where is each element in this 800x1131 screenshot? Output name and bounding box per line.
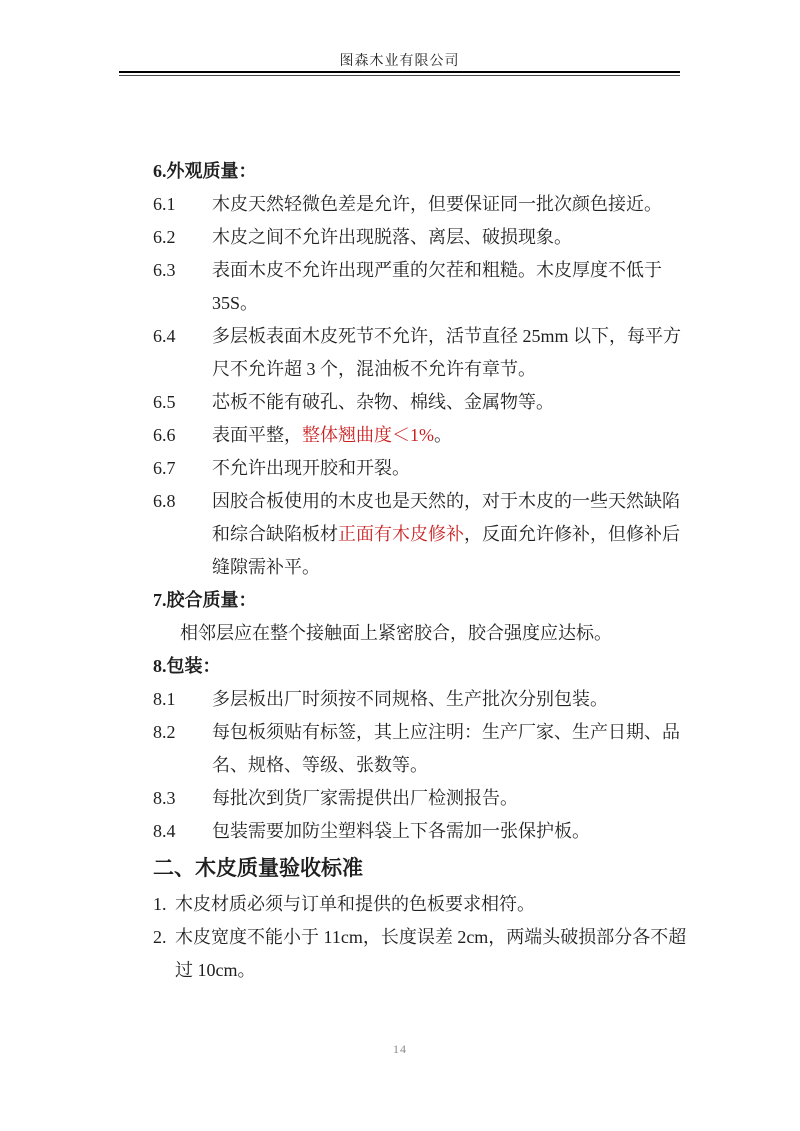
item-text: 表面平整，: [212, 425, 302, 445]
item-8-2: 8.2每包板须贴有标签，其上应注明：生产厂家、生产日期、品名、规格、等级、张数等…: [153, 716, 695, 782]
item-number: 2.: [153, 921, 175, 954]
section-heading-appearance: 6.外观质量：: [153, 155, 695, 188]
section-heading-packaging: 8.包装：: [153, 650, 695, 683]
item-number: 6.2: [153, 221, 212, 254]
item-number: 6.1: [153, 188, 212, 221]
item-6-5: 6.5芯板不能有破孔、杂物、棉线、金属物等。: [153, 386, 695, 419]
item-text: 木皮材质必须与订单和提供的色板要求相符。: [175, 894, 535, 914]
item-number: 6.6: [153, 419, 212, 452]
item-6-1: 6.1木皮天然轻微色差是允许，但要保证同一批次颜色接近。: [153, 188, 695, 221]
item-number: 8.3: [153, 782, 212, 815]
page-header-company-name: 图森木业有限公司: [119, 50, 680, 70]
item-6-2: 6.2木皮之间不允许出现脱落、离层、破损现象。: [153, 221, 695, 254]
item-text: 多层板表面木皮死节不允许，活节直径 25mm 以下，每平方尺不允许超 3 个，混…: [212, 326, 681, 379]
item-text: 。: [434, 425, 452, 445]
item-6-7: 6.7不允许出现开胶和开裂。: [153, 452, 695, 485]
item-text: 每包板须贴有标签，其上应注明：生产厂家、生产日期、品名、规格、等级、张数等。: [212, 722, 680, 775]
item-number: 1.: [153, 888, 175, 921]
item-8-1: 8.1多层板出厂时须按不同规格、生产批次分别包装。: [153, 683, 695, 716]
item-text: 木皮天然轻微色差是允许，但要保证同一批次颜色接近。: [212, 194, 662, 214]
item-8-4: 8.4包装需要加防尘塑料袋上下各需加一张保护板。: [153, 815, 695, 848]
highlighted-text-veneer-repair: 正面有木皮修补: [338, 524, 464, 544]
veneer-item-2: 2.木皮宽度不能小于 11cm，长度误差 2cm，两端头破损部分各不超过 10c…: [153, 921, 695, 987]
item-text: 不允许出现开胶和开裂。: [212, 458, 410, 478]
item-text: 木皮之间不允许出现脱落、离层、破损现象。: [212, 227, 572, 247]
item-number: 6.5: [153, 386, 212, 419]
item-text: 表面木皮不允许出现严重的欠茬和粗糙。木皮厚度不低于 35S。: [212, 260, 662, 313]
item-number: 6.4: [153, 320, 212, 353]
item-text: 木皮宽度不能小于 11cm，长度误差 2cm，两端头破损部分各不超过 10cm。: [175, 927, 686, 980]
item-number: 6.3: [153, 254, 212, 287]
item-text: 每批次到货厂家需提供出厂检测报告。: [212, 788, 518, 808]
item-6-4: 6.4多层板表面木皮死节不允许，活节直径 25mm 以下，每平方尺不允许超 3 …: [153, 320, 695, 386]
item-8-3: 8.3每批次到货厂家需提供出厂检测报告。: [153, 782, 695, 815]
item-text: 芯板不能有破孔、杂物、棉线、金属物等。: [212, 392, 554, 412]
highlighted-text-warp-tolerance: 整体翘曲度＜1%: [302, 425, 434, 445]
item-number: 8.1: [153, 683, 212, 716]
chapter-heading-veneer-standard: 二、木皮质量验收标准: [153, 848, 695, 888]
veneer-item-1: 1.木皮材质必须与订单和提供的色板要求相符。: [153, 888, 695, 921]
item-6-8: 6.8因胶合板使用的木皮也是天然的，对于木皮的一些天然缺陷和综合缺陷板材正面有木…: [153, 485, 695, 584]
document-body: 6.外观质量： 6.1木皮天然轻微色差是允许，但要保证同一批次颜色接近。 6.2…: [153, 155, 695, 987]
item-text: 包装需要加防尘塑料袋上下各需加一张保护板。: [212, 821, 590, 841]
item-number: 6.7: [153, 452, 212, 485]
header-divider-line: [119, 71, 680, 76]
item-number: 8.2: [153, 716, 212, 749]
item-number: 8.4: [153, 815, 212, 848]
glue-body-text: 相邻层应在整个接触面上紧密胶合，胶合强度应达标。: [153, 617, 695, 650]
section-heading-glue: 7.胶合质量：: [153, 584, 695, 617]
item-number: 6.8: [153, 485, 212, 518]
page-number: 14: [0, 1042, 800, 1057]
item-6-6: 6.6表面平整，整体翘曲度＜1%。: [153, 419, 695, 452]
item-6-3: 6.3表面木皮不允许出现严重的欠茬和粗糙。木皮厚度不低于 35S。: [153, 254, 695, 320]
document-page: 图森木业有限公司 6.外观质量： 6.1木皮天然轻微色差是允许，但要保证同一批次…: [0, 0, 800, 1131]
item-text: 多层板出厂时须按不同规格、生产批次分别包装。: [212, 689, 608, 709]
